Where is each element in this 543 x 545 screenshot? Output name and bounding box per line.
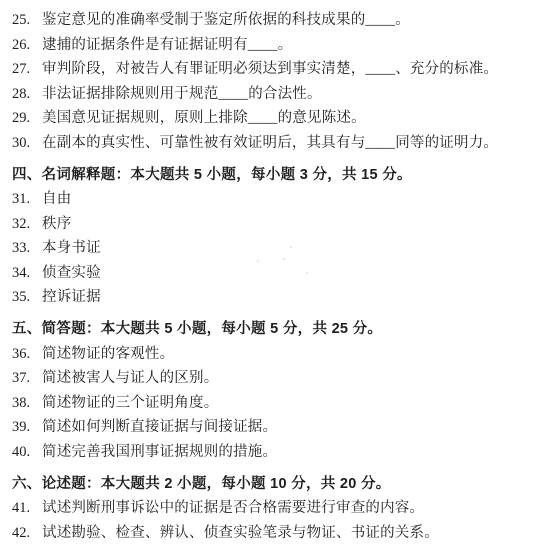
question-number: 25.	[12, 8, 42, 33]
question-row: 29. 美国意见证据规则，原则上排除____的意见陈述。	[12, 106, 531, 131]
question-row: 38. 简述物证的三个证明角度。	[12, 391, 531, 416]
section-heading: 四、名词解释题：本大题共 5 小题，每小题 3 分，共 15 分。	[12, 163, 531, 188]
question-text: 控诉证据	[42, 285, 531, 310]
question-row: 28. 非法证据排除规则用于规范____的合法性。	[12, 82, 531, 107]
question-row: 41. 试述判断刑事诉讼中的证据是否合格需要进行审查的内容。	[12, 496, 531, 521]
scan-noise-artifact	[283, 258, 285, 260]
question-number: 32.	[12, 212, 42, 237]
question-row: 33. 本身书证	[12, 236, 531, 261]
question-row: 31. 自由	[12, 187, 531, 212]
fill-in-blank-question-group: 25. 鉴定意见的准确率受制于鉴定所依据的科技成果的____。 26. 逮捕的证…	[12, 8, 531, 155]
question-text: 简述物证的三个证明角度。	[42, 391, 531, 416]
question-number: 41.	[12, 496, 42, 521]
exam-paper-page: 25. 鉴定意见的准确率受制于鉴定所依据的科技成果的____。 26. 逮捕的证…	[0, 0, 543, 545]
question-row: 30. 在副本的真实性、可靠性被有效证明后，其具有与____同等的证明力。	[12, 131, 531, 156]
section-term-definitions: 四、名词解释题：本大题共 5 小题，每小题 3 分，共 15 分。 31. 自由…	[12, 163, 531, 310]
question-text: 在副本的真实性、可靠性被有效证明后，其具有与____同等的证明力。	[42, 131, 531, 156]
question-number: 27.	[12, 57, 42, 82]
question-text: 试述勘验、检查、辨认、侦查实验笔录与物证、书证的关系。	[42, 521, 531, 545]
question-text: 逮捕的证据条件是有证据证明有____。	[42, 33, 531, 58]
question-number: 35.	[12, 285, 42, 310]
section-essay: 六、论述题：本大题共 2 小题，每小题 10 分，共 20 分。 41. 试述判…	[12, 472, 531, 545]
question-row: 32. 秩序	[12, 212, 531, 237]
section-heading: 六、论述题：本大题共 2 小题，每小题 10 分，共 20 分。	[12, 472, 531, 497]
question-text: 简述如何判断直接证据与间接证据。	[42, 415, 531, 440]
question-number: 37.	[12, 366, 42, 391]
question-row: 36. 简述物证的客观性。	[12, 342, 531, 367]
question-number: 33.	[12, 236, 42, 261]
question-number: 30.	[12, 131, 42, 156]
question-row: 25. 鉴定意见的准确率受制于鉴定所依据的科技成果的____。	[12, 8, 531, 33]
question-row: 35. 控诉证据	[12, 285, 531, 310]
question-text: 审判阶段，对被告人有罪证明必须达到事实清楚，____、充分的标准。	[42, 57, 531, 82]
question-number: 36.	[12, 342, 42, 367]
question-number: 26.	[12, 33, 42, 58]
question-text: 鉴定意见的准确率受制于鉴定所依据的科技成果的____。	[42, 8, 531, 33]
question-text: 简述被害人与证人的区别。	[42, 366, 531, 391]
question-number: 38.	[12, 391, 42, 416]
question-row: 27. 审判阶段，对被告人有罪证明必须达到事实清楚，____、充分的标准。	[12, 57, 531, 82]
question-row: 42. 试述勘验、检查、辨认、侦查实验笔录与物证、书证的关系。	[12, 521, 531, 545]
question-row: 26. 逮捕的证据条件是有证据证明有____。	[12, 33, 531, 58]
question-number: 39.	[12, 415, 42, 440]
question-text: 本身书证	[42, 236, 531, 261]
question-text: 非法证据排除规则用于规范____的合法性。	[42, 82, 531, 107]
question-row: 39. 简述如何判断直接证据与间接证据。	[12, 415, 531, 440]
question-number: 28.	[12, 82, 42, 107]
question-row: 34. 侦查实验	[12, 261, 531, 286]
question-text: 试述判断刑事诉讼中的证据是否合格需要进行审查的内容。	[42, 496, 531, 521]
question-text: 美国意见证据规则，原则上排除____的意见陈述。	[42, 106, 531, 131]
question-number: 42.	[12, 521, 42, 545]
question-row: 40. 简述完善我国刑事证据规则的措施。	[12, 440, 531, 465]
question-number: 29.	[12, 106, 42, 131]
section-short-answer: 五、简答题：本大题共 5 小题，每小题 5 分，共 25 分。 36. 简述物证…	[12, 317, 531, 464]
question-number: 31.	[12, 187, 42, 212]
question-text: 简述物证的客观性。	[42, 342, 531, 367]
question-text: 自由	[42, 187, 531, 212]
question-text: 秩序	[42, 212, 531, 237]
question-row: 37. 简述被害人与证人的区别。	[12, 366, 531, 391]
question-number: 40.	[12, 440, 42, 465]
section-heading: 五、简答题：本大题共 5 小题，每小题 5 分，共 25 分。	[12, 317, 531, 342]
question-number: 34.	[12, 261, 42, 286]
question-text: 简述完善我国刑事证据规则的措施。	[42, 440, 531, 465]
question-text: 侦查实验	[42, 261, 531, 286]
